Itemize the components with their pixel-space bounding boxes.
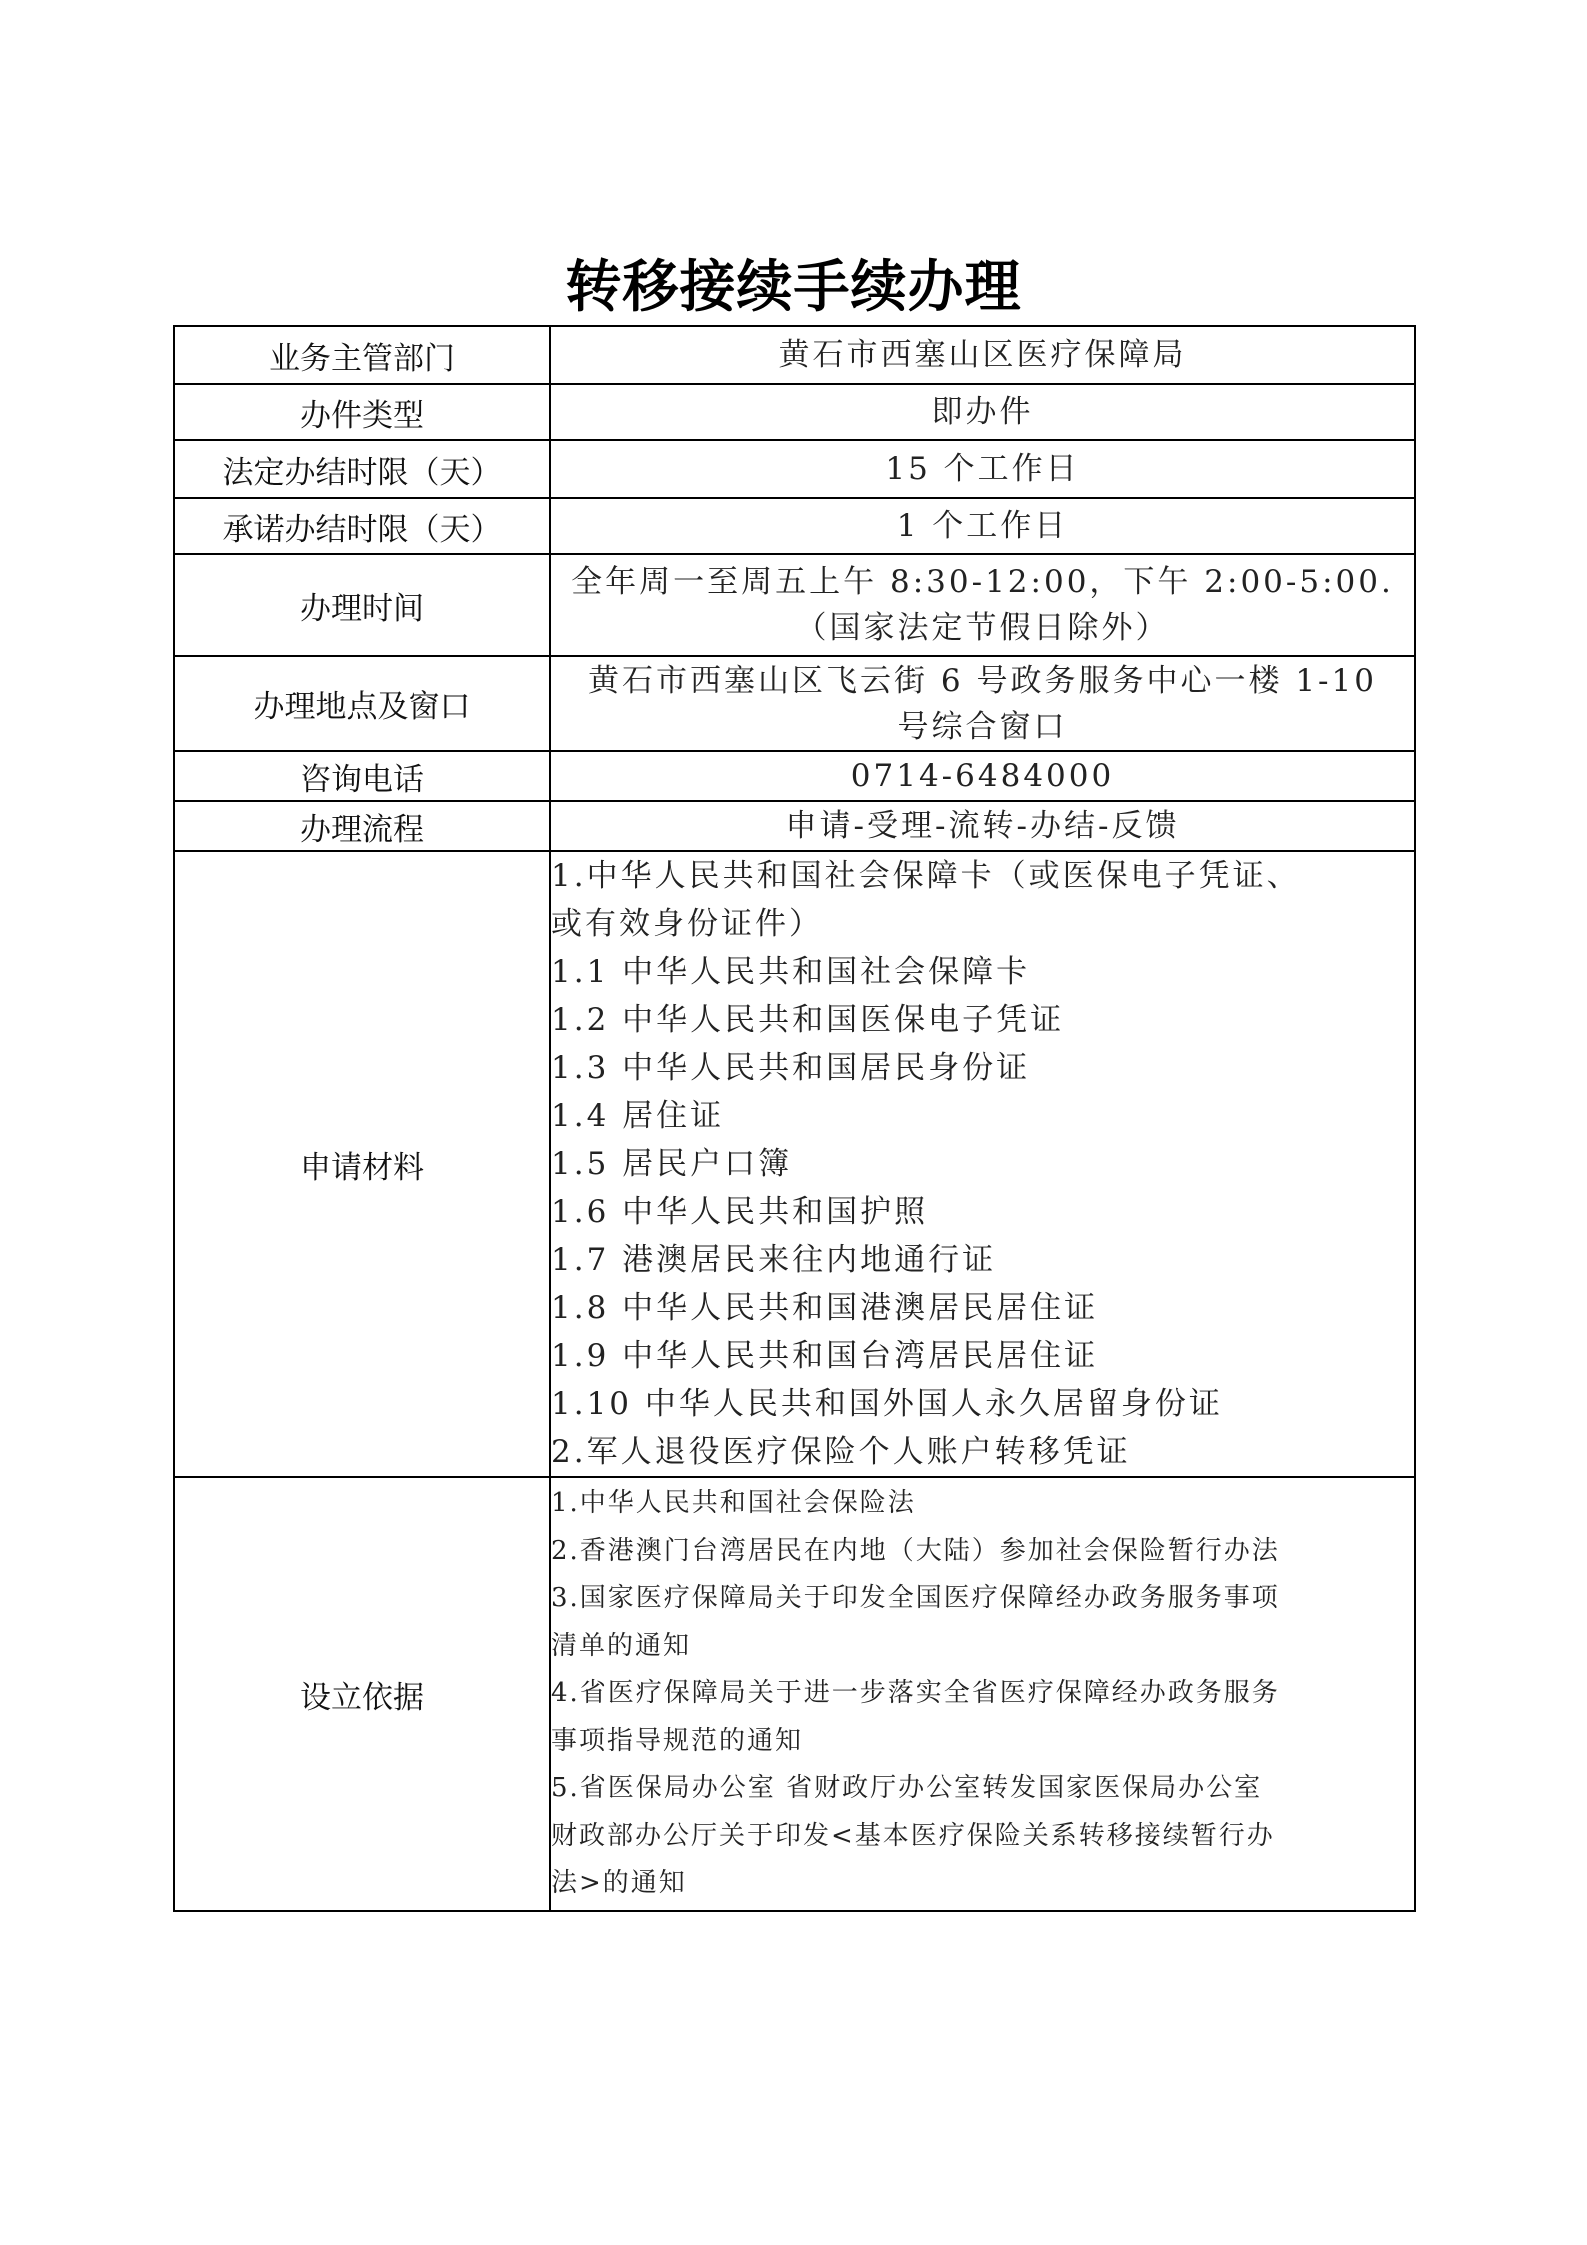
row-label: 业务主管部门	[174, 326, 550, 384]
list-item: 1.10 中华人民共和国外国人永久居留身份证	[551, 1380, 1414, 1428]
list-item: 财政部办公厅关于印发<基本医疗保险关系转移接续暂行办	[551, 1813, 1414, 1861]
row-label: 办理流程	[174, 801, 550, 851]
location-line: 号综合窗口	[551, 704, 1414, 750]
list-item: 1.6 中华人民共和国护照	[551, 1188, 1414, 1236]
row-label: 办理地点及窗口	[174, 656, 550, 751]
service-info-table: 业务主管部门 黄石市西塞山区医疗保障局 办件类型 即办件 法定办结时限（天） 1…	[173, 325, 1416, 1912]
row-value: 申请-受理-流转-办结-反馈	[550, 801, 1415, 851]
list-item: 4.省医疗保障局关于进一步落实全省医疗保障经办政务服务	[551, 1670, 1414, 1718]
row-value: 黄石市西塞山区飞云街 6 号政务服务中心一楼 1-10 号综合窗口	[550, 656, 1415, 751]
table-row-basis: 设立依据 1.中华人民共和国社会保险法 2.香港澳门台湾居民在内地（大陆）参加社…	[174, 1477, 1415, 1911]
row-value: 15 个工作日	[550, 440, 1415, 498]
row-label: 办件类型	[174, 384, 550, 440]
table-row-department: 业务主管部门 黄石市西塞山区医疗保障局	[174, 326, 1415, 384]
row-value: 即办件	[550, 384, 1415, 440]
office-hours-note: （国家法定节假日除外）	[551, 605, 1414, 651]
table-row-case-type: 办件类型 即办件	[174, 384, 1415, 440]
list-item: 事项指导规范的通知	[551, 1718, 1414, 1766]
table-row-phone: 咨询电话 0714-6484000	[174, 751, 1415, 801]
list-item: 2.军人退役医疗保险个人账户转移凭证	[551, 1428, 1414, 1476]
list-item: 法>的通知	[551, 1860, 1414, 1908]
list-item: 1.2 中华人民共和国医保电子凭证	[551, 996, 1414, 1044]
table-row-promised-time-limit: 承诺办结时限（天） 1 个工作日	[174, 498, 1415, 554]
row-label: 法定办结时限（天）	[174, 440, 550, 498]
location-line: 黄石市西塞山区飞云街 6 号政务服务中心一楼 1-10	[551, 658, 1414, 704]
table-row-office-hours: 办理时间 全年周一至周五上午 8:30-12:00，下午 2:00-5:00. …	[174, 554, 1415, 656]
list-item: 1.5 居民户口簿	[551, 1140, 1414, 1188]
materials-list: 1.中华人民共和国社会保障卡（或医保电子凭证、 或有效身份证件） 1.1 中华人…	[550, 851, 1415, 1477]
list-item: 3.国家医疗保障局关于印发全国医疗保障经办政务服务事项	[551, 1575, 1414, 1623]
table-row-process: 办理流程 申请-受理-流转-办结-反馈	[174, 801, 1415, 851]
list-item: 2.香港澳门台湾居民在内地（大陆）参加社会保险暂行办法	[551, 1528, 1414, 1576]
document-title: 转移接续手续办理	[0, 252, 1587, 322]
row-label: 咨询电话	[174, 751, 550, 801]
list-item: 1.9 中华人民共和国台湾居民居住证	[551, 1332, 1414, 1380]
row-value: 1 个工作日	[550, 498, 1415, 554]
list-item: 1.4 居住证	[551, 1092, 1414, 1140]
list-item: 清单的通知	[551, 1623, 1414, 1671]
row-label: 办理时间	[174, 554, 550, 656]
row-label: 申请材料	[174, 851, 550, 1477]
table-row-legal-time-limit: 法定办结时限（天） 15 个工作日	[174, 440, 1415, 498]
list-item: 1.7 港澳居民来往内地通行证	[551, 1236, 1414, 1284]
basis-list: 1.中华人民共和国社会保险法 2.香港澳门台湾居民在内地（大陆）参加社会保险暂行…	[550, 1477, 1415, 1911]
phone-number: 0714-6484000	[550, 751, 1415, 801]
list-item: 或有效身份证件）	[551, 900, 1414, 948]
list-item: 1.3 中华人民共和国居民身份证	[551, 1044, 1414, 1092]
list-item: 5.省医保局办公室 省财政厅办公室转发国家医保局办公室	[551, 1765, 1414, 1813]
table-row-location: 办理地点及窗口 黄石市西塞山区飞云街 6 号政务服务中心一楼 1-10 号综合窗…	[174, 656, 1415, 751]
list-item: 1.8 中华人民共和国港澳居民居住证	[551, 1284, 1414, 1332]
list-item: 1.中华人民共和国社会保障卡（或医保电子凭证、	[551, 852, 1414, 900]
office-hours-line: 全年周一至周五上午 8:30-12:00，下午 2:00-5:00.	[551, 559, 1414, 605]
row-label: 设立依据	[174, 1477, 550, 1911]
list-item: 1.中华人民共和国社会保险法	[551, 1480, 1414, 1528]
table-row-materials: 申请材料 1.中华人民共和国社会保障卡（或医保电子凭证、 或有效身份证件） 1.…	[174, 851, 1415, 1477]
list-item: 1.1 中华人民共和国社会保障卡	[551, 948, 1414, 996]
row-value: 全年周一至周五上午 8:30-12:00，下午 2:00-5:00. （国家法定…	[550, 554, 1415, 656]
row-value: 黄石市西塞山区医疗保障局	[550, 326, 1415, 384]
row-label: 承诺办结时限（天）	[174, 498, 550, 554]
